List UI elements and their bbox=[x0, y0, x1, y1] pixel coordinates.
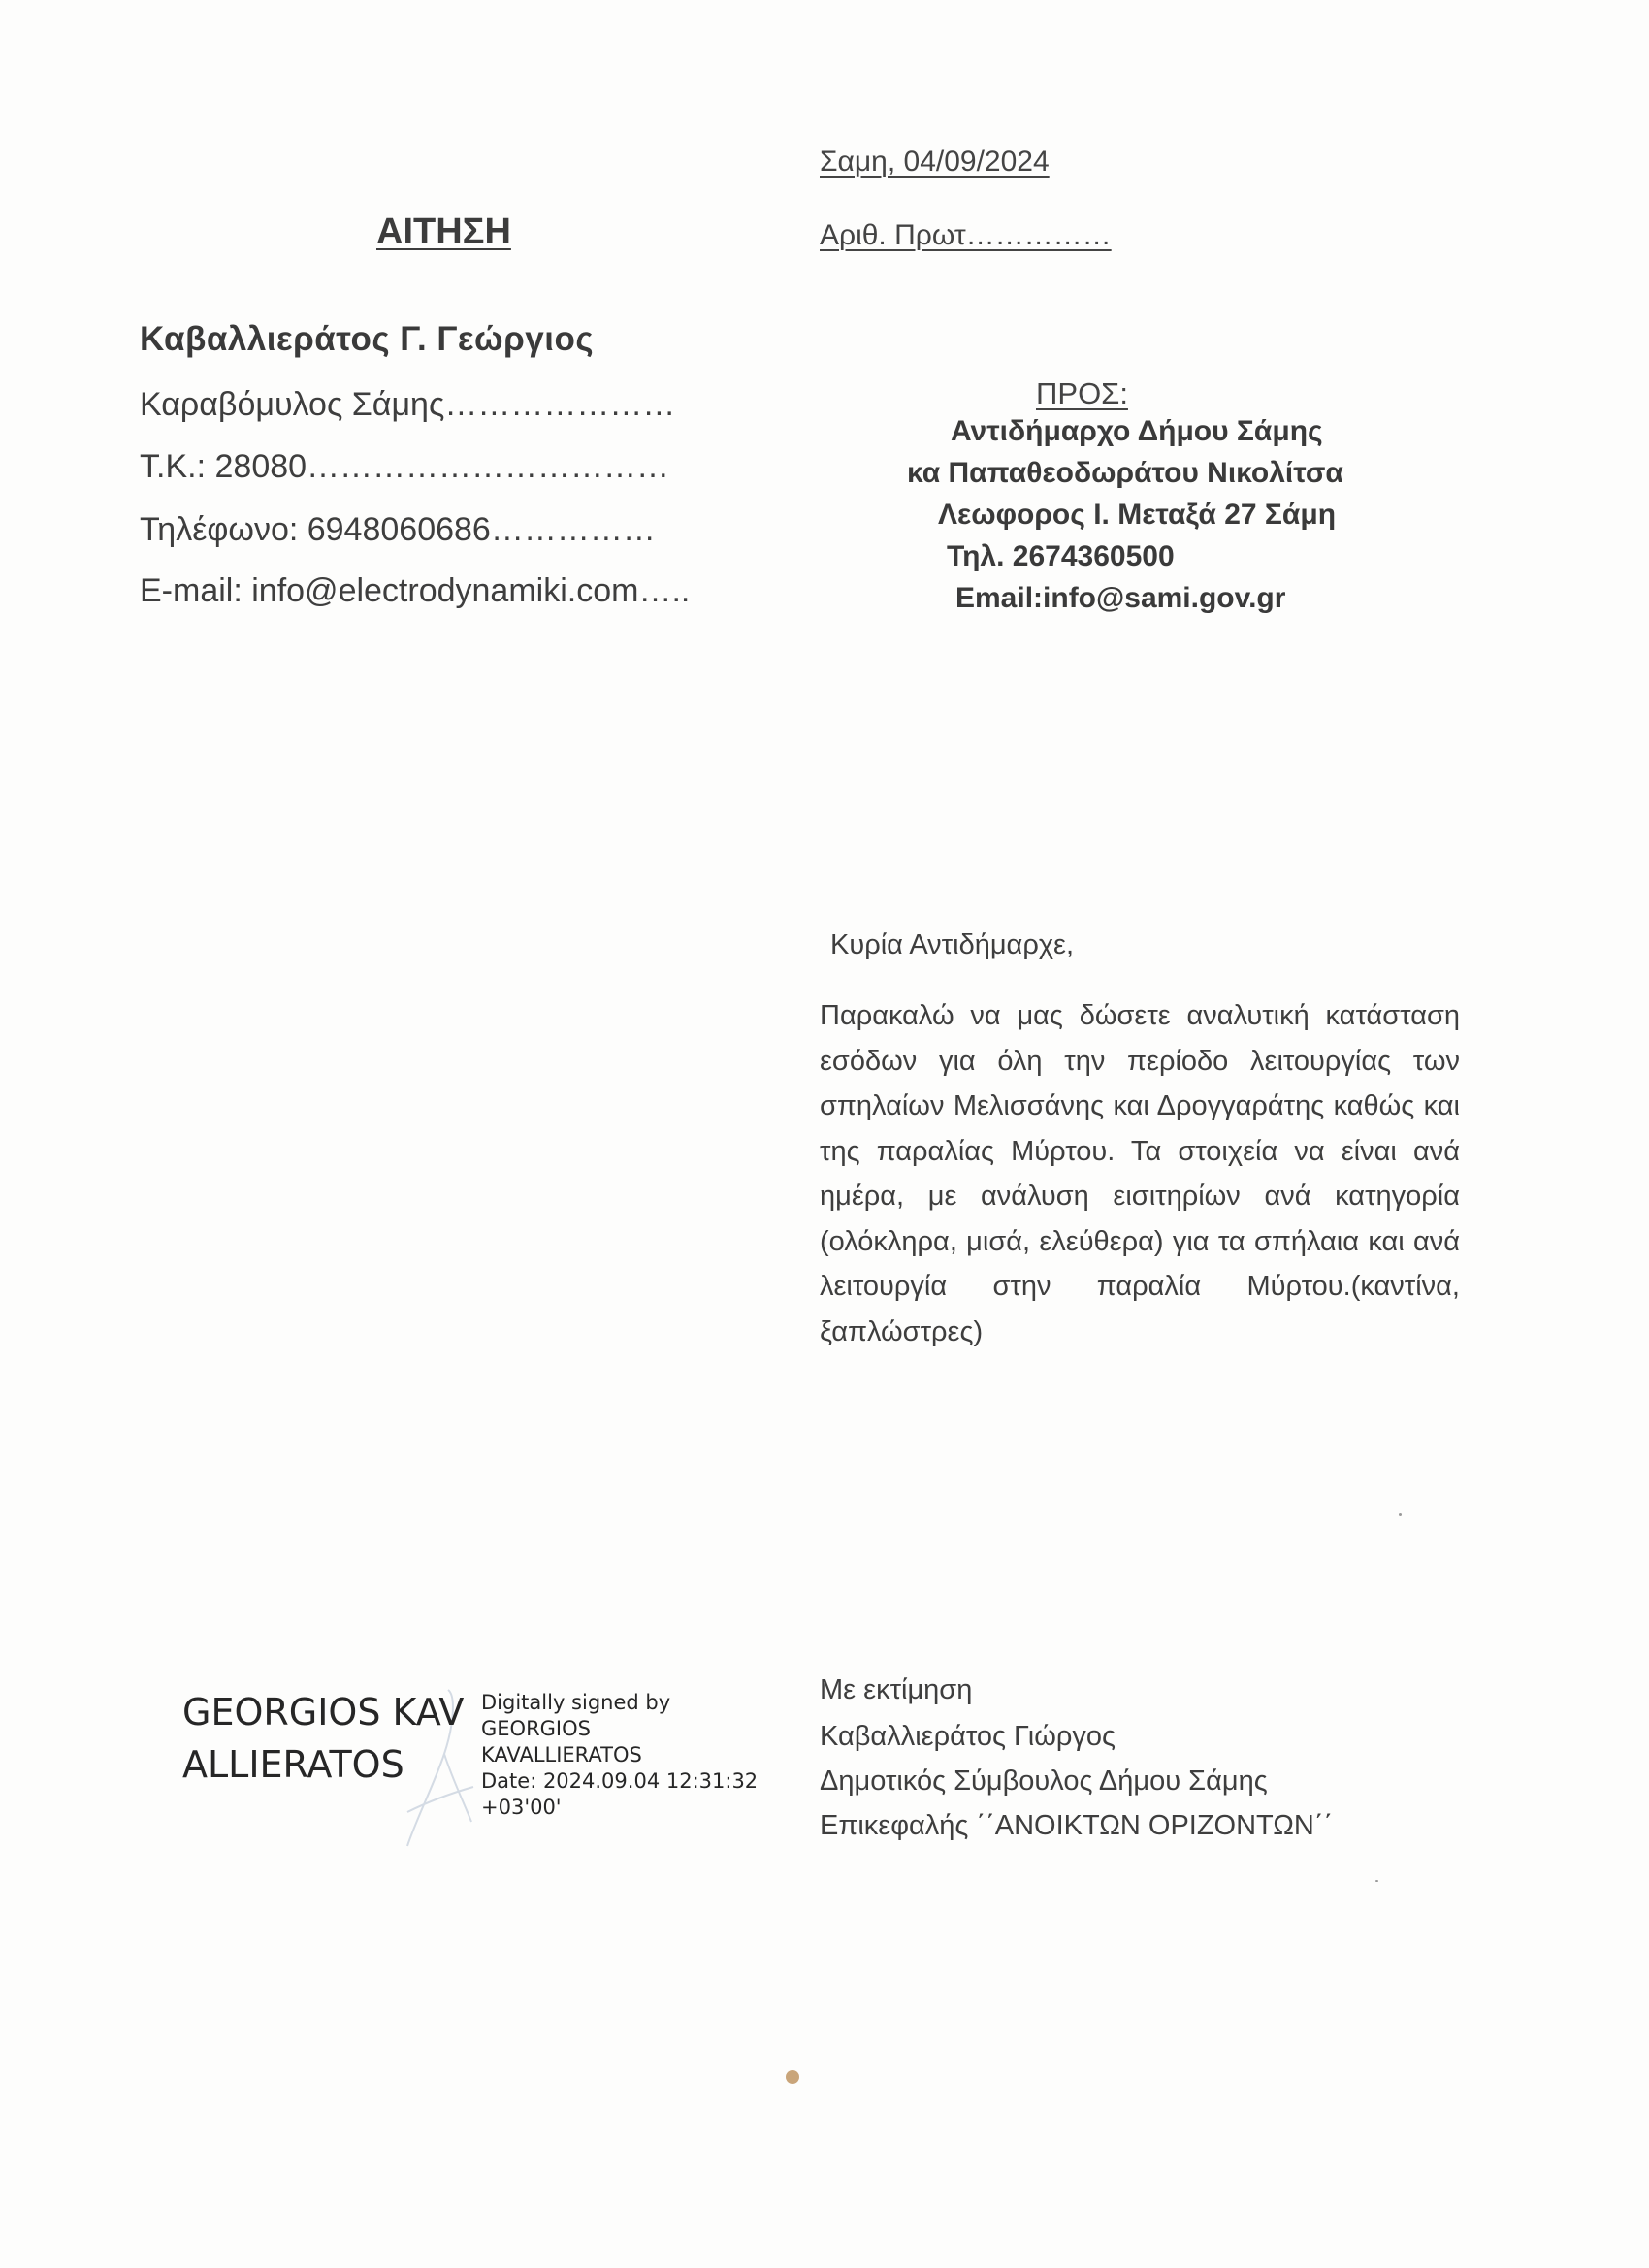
protocol-number: Αριθ. Πρωτ…………… bbox=[820, 219, 1112, 252]
signature-detail-line: Date: 2024.09.04 12:31:32 bbox=[481, 1768, 772, 1795]
letter-body: Παρακαλώ να μας δώσετε αναλυτική κατάστα… bbox=[820, 993, 1460, 1354]
signature-details: Digitally signed by GEORGIOS KAVALLIERAT… bbox=[481, 1690, 772, 1821]
closing-greeting: Με εκτίμηση bbox=[820, 1674, 972, 1706]
signature-detail-line: Digitally signed by bbox=[481, 1690, 772, 1716]
closing-party: Επικεφαλής ΄΄ΑΝΟΙΚΤΩΝ ΟΡΙΖΟΝΤΩΝ΄΄ bbox=[820, 1810, 1333, 1842]
scan-speck bbox=[786, 2070, 799, 2084]
recipient-email: Email:info@sami.gov.gr bbox=[955, 582, 1285, 615]
closing-name: Καβαλλιεράτος Γιώργος bbox=[820, 1721, 1115, 1753]
recipient-address: Λεωφορος Ι. Μεταξά 27 Σάμη bbox=[938, 499, 1336, 532]
scan-speck bbox=[1375, 1880, 1378, 1882]
sender-name: Καβαλλιεράτος Γ. Γεώργιος bbox=[140, 320, 594, 359]
signature-detail-line: KAVALLIERATOS bbox=[481, 1742, 772, 1768]
recipient-title: Αντιδήμαρχο Δήμου Σάμης bbox=[951, 415, 1323, 448]
closing-role: Δημοτικός Σύμβουλος Δήμου Σάμης bbox=[820, 1766, 1268, 1798]
document-title: ΑΙΤΗΣΗ bbox=[376, 211, 511, 253]
signer-name: GEORGIOS KAVALLIERATOS bbox=[182, 1686, 473, 1791]
scan-speck bbox=[1399, 1513, 1402, 1516]
sender-address: Καραβόμυλος Σάμης………………… bbox=[140, 386, 675, 424]
sender-email: E-mail: info@electrodynamiki.com….. bbox=[140, 572, 690, 610]
recipient-phone: Τηλ. 2674360500 bbox=[947, 540, 1175, 573]
recipient-name: κα Παπαθεοδωράτου Νικολίτσα bbox=[907, 457, 1343, 490]
salutation: Κυρία Αντιδήμαρχε, bbox=[830, 929, 1074, 961]
sender-zip: Τ.Κ.: 28080…………………………… bbox=[140, 448, 669, 486]
recipient-label: ΠΡΟΣ: bbox=[1036, 376, 1128, 411]
signature-detail-line: GEORGIOS bbox=[481, 1716, 772, 1742]
sender-phone: Τηλέφωνο: 6948060686…………… bbox=[140, 511, 656, 549]
signature-detail-line: +03'00' bbox=[481, 1795, 772, 1821]
place-date: Σαμη, 04/09/2024 bbox=[820, 146, 1050, 178]
